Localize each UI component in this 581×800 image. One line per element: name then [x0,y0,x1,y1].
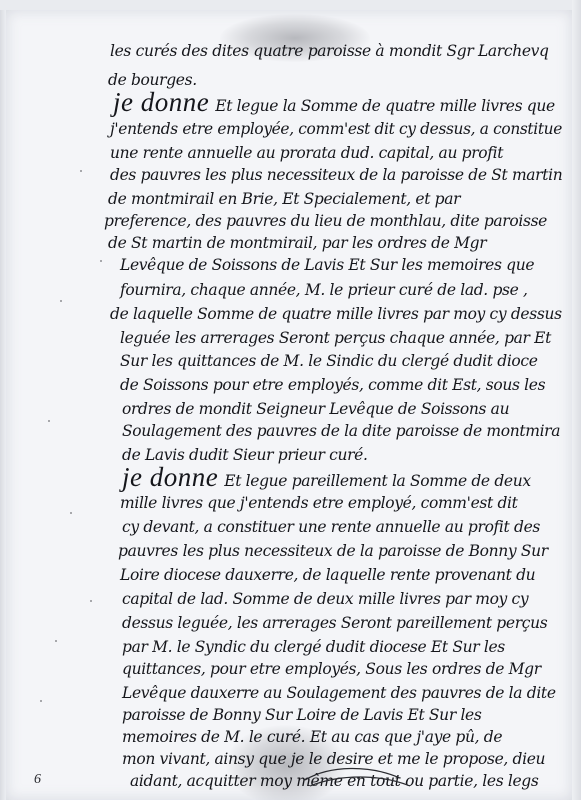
text-line: une rente annuelle au prorata dud. capit… [110,144,503,162]
text-line: preference, des pauvres du lieu de month… [104,212,547,230]
text-line: de montmirail en Brie, Et Specialement, … [108,190,460,208]
scan-speckle [60,300,62,302]
signature-flourish-icon [300,760,420,800]
line-text: paroisse de Bonny Sur Loire de Lavis Et … [122,706,482,724]
text-line: dessus leguée, les arrerages Seront pare… [122,614,547,632]
text-line: les curés des dites quatre paroisse à mo… [110,42,540,60]
line-text: de St martin de montmirail, par les ordr… [108,234,486,252]
scan-speckle [40,700,42,702]
line-text: par M. le Syndic du clergé dudit diocese… [122,638,505,656]
line-text: quittances, pour etre employés, Sous les… [122,660,541,678]
text-line: capital de lad. Somme de deux mille livr… [122,590,528,608]
text-line: Loire diocese dauxerre, de laquelle rent… [120,566,535,584]
line-text: Soulagement des pauvres de la dite paroi… [122,422,560,440]
line-text: fournira, chaque année, M. le prieur cur… [120,281,528,299]
paragraph-opening-line: je donneEt legue la Somme de quatre mill… [113,87,555,118]
line-text: de Soissons pour etre employés, comme di… [120,376,545,394]
scan-speckle [90,600,92,602]
line-text: Levêque de Soissons de Lavis Et Sur les … [120,256,534,274]
scan-speckle [80,170,82,172]
je-donne-heading: je donne [113,87,209,117]
line-text: ordres de mondit Seigneur Levêque de Soi… [122,400,509,418]
line-text: capital de lad. Somme de deux mille livr… [122,590,528,608]
line-text: Et legue la Somme de quatre mille livres… [215,97,555,115]
scan-speckle [70,512,72,514]
text-line: de laquelle Somme de quatre mille livres… [110,305,562,323]
page-number: 6 [34,772,41,788]
line-text: de laquelle Somme de quatre mille livres… [110,305,562,323]
line-text: de montmirail en Brie, Et Specialement, … [108,190,460,208]
text-line: Soulagement des pauvres de la dite paroi… [122,422,560,440]
text-line: Levêque de Soissons de Lavis Et Sur les … [120,256,534,274]
text-line: cy devant, a constituer une rente annuel… [122,518,540,536]
text-line: ordres de mondit Seigneur Levêque de Soi… [122,400,509,418]
text-line: paroisse de Bonny Sur Loire de Lavis Et … [122,706,482,724]
line-text: memoires de M. le curé. Et au cas que j'… [122,728,502,746]
line-text: les curés des dites quatre paroisse à mo… [110,42,549,60]
text-line: de St martin de montmirail, par les ordr… [108,234,486,252]
scan-speckle [48,420,50,422]
paragraph-opening-line: je donneEt legue pareillement la Somme d… [122,462,531,493]
line-text: preference, des pauvres du lieu de month… [104,212,547,230]
text-line: de Soissons pour etre employés, comme di… [120,376,545,394]
text-line: pauvres les plus necessiteux de la paroi… [118,542,548,560]
line-text: Et legue pareillement la Somme de deux [224,472,531,490]
line-text: des pauvres les plus necessiteux de la p… [110,166,562,184]
text-line: par M. le Syndic du clergé dudit diocese… [122,638,505,656]
line-text: Sur les quittances de M. le Sindic du cl… [120,352,538,370]
text-line: fournira, chaque année, M. le prieur cur… [120,281,528,299]
text-line: memoires de M. le curé. Et au cas que j'… [122,728,502,746]
line-text: dessus leguée, les arrerages Seront pare… [122,614,547,632]
line-text: mille livres que j'entends etre employé,… [120,494,518,512]
text-line: j'entends etre employée, comm'est dit cy… [110,120,562,138]
line-text: Loire diocese dauxerre, de laquelle rent… [120,566,535,584]
scan-right-edge [572,0,581,800]
line-text: leguée les arrerages Seront perçus chaqu… [120,329,551,347]
scan-speckle [55,640,57,642]
line-text: une rente annuelle au prorata dud. capit… [110,144,503,162]
text-line: Levêque dauxerre au Soulagement des pauv… [122,684,556,702]
text-line: Sur les quittances de M. le Sindic du cl… [120,352,538,370]
line-text: Levêque dauxerre au Soulagement des pauv… [122,684,556,702]
text-line: leguée les arrerages Seront perçus chaqu… [120,329,551,347]
text-line: mille livres que j'entends etre employé,… [120,494,518,512]
line-text: cy devant, a constituer une rente annuel… [122,518,540,536]
line-text: pauvres les plus necessiteux de la paroi… [118,542,548,560]
line-text: j'entends etre employée, comm'est dit cy… [110,120,562,138]
je-donne-heading: je donne [122,462,218,492]
text-line: quittances, pour etre employés, Sous les… [122,660,541,678]
text-line: des pauvres les plus necessiteux de la p… [110,166,562,184]
scan-speckle [100,260,102,262]
